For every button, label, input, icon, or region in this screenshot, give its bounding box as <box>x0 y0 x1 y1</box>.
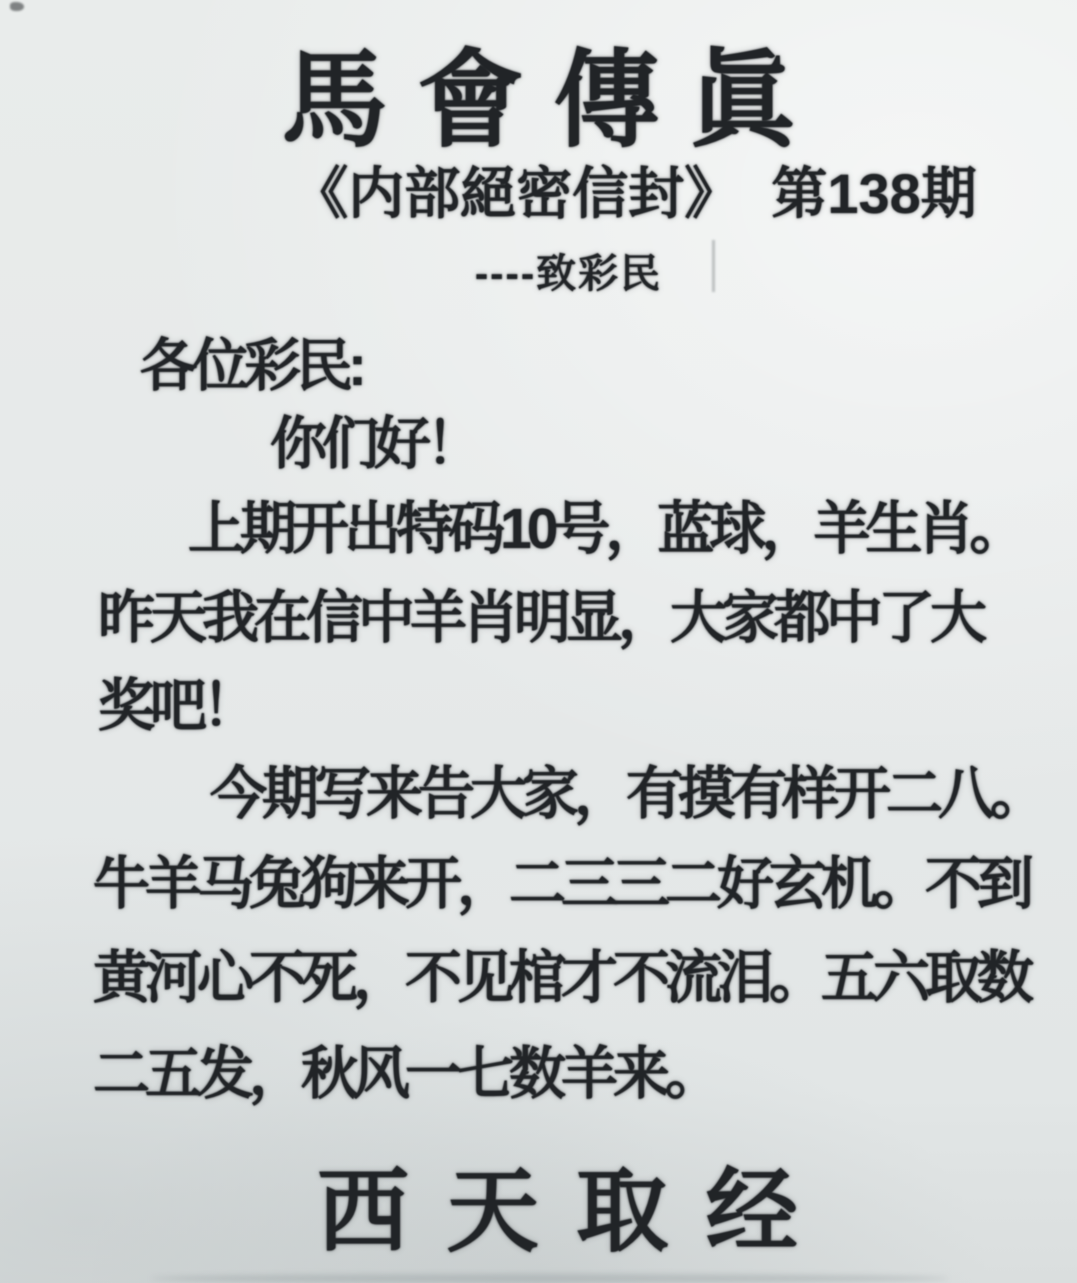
dedication-line: ----致彩民 <box>30 242 1077 299</box>
body-line: 奖吧！ <box>98 660 254 742</box>
fax-letter-page: 馬會傳眞 《内部絕密信封》 第138期 ----致彩民 各位彩民: 你们好！ 上… <box>0 0 1077 1283</box>
body-line: 黄河心不死，不见棺才不流泪。五六取数 <box>93 932 1029 1014</box>
body-line: 牛羊马兔狗来开，二三三二好玄机。不到 <box>93 838 1029 920</box>
page-title: 馬會傳眞 <box>0 16 1077 168</box>
footer-phrase: 西 天 取 经 <box>22 1138 1077 1270</box>
scan-shadow <box>151 1274 948 1283</box>
greeting: 你们好！ <box>270 398 478 480</box>
body-line: 二五发，秋风一七数羊来。 <box>93 1028 717 1110</box>
letter-content: 馬會傳眞 《内部絕密信封》 第138期 ----致彩民 各位彩民: 你们好！ 上… <box>0 0 1077 1283</box>
issue-subtitle: 《内部絕密信封》 第138期 <box>96 150 1077 230</box>
body-line: 今期写来告大家，有摸有样开二八。 <box>210 748 1042 830</box>
body-line: 上期开出特码10号，蓝球，羊生肖。 <box>188 483 1021 565</box>
salutation: 各位彩民: <box>140 320 362 402</box>
body-line: 昨天我在信中羊肖明显，大家都中了大 <box>98 572 982 654</box>
